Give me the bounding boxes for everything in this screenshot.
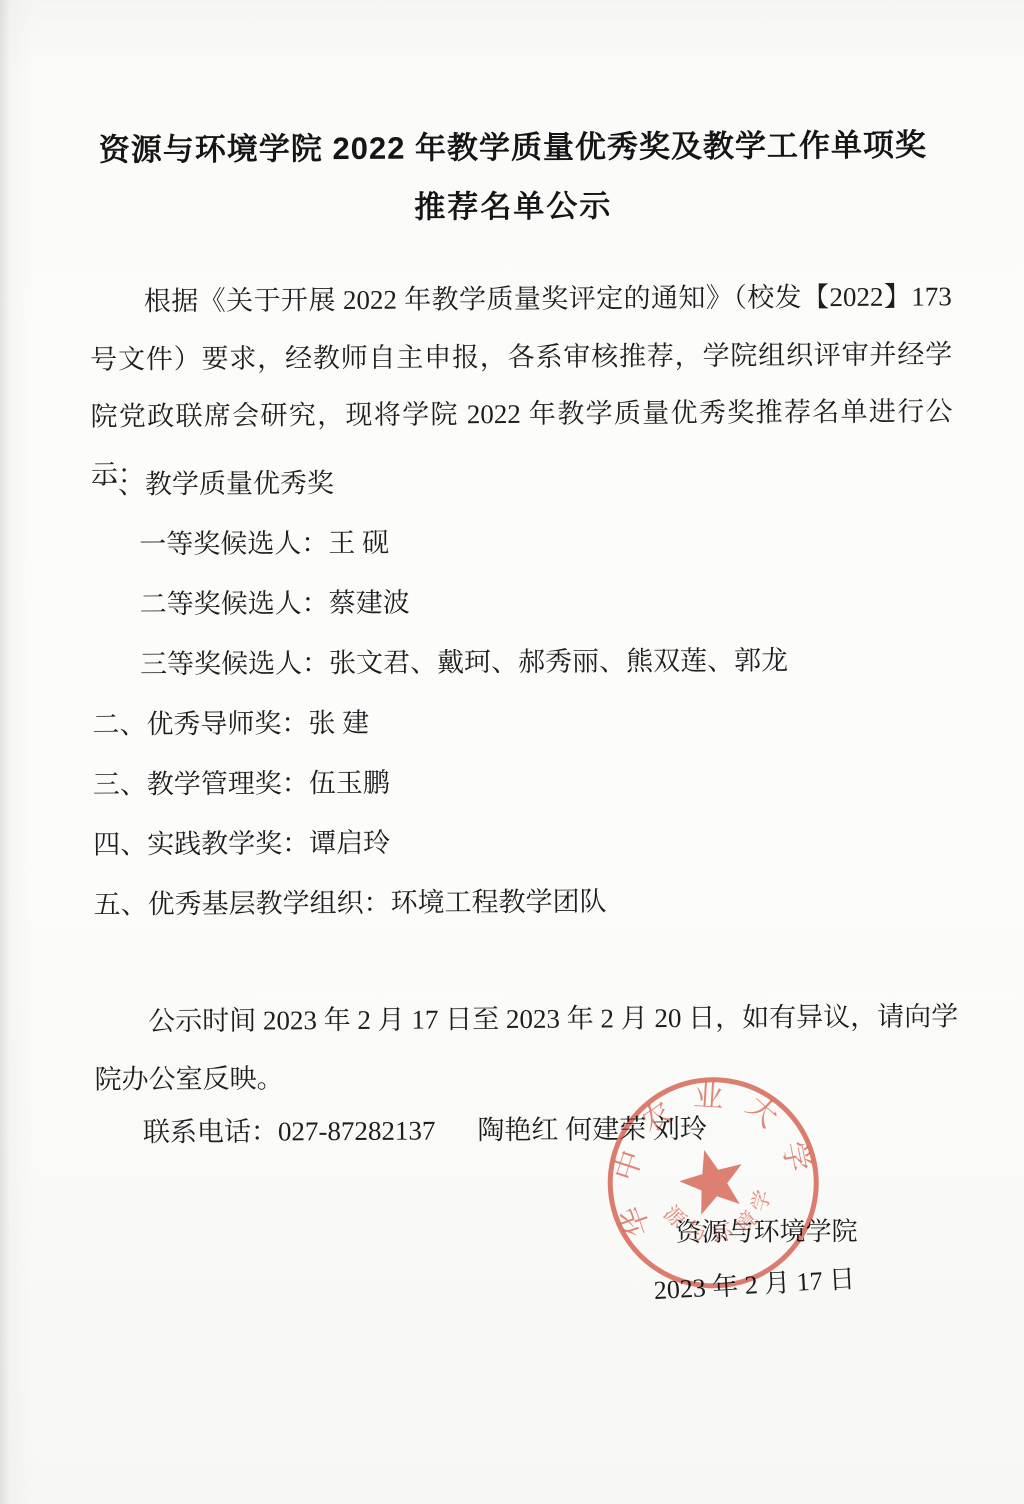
signature-org: 资源与环境学院 xyxy=(675,1217,857,1248)
contact-line: 联系电话：027-87282137陶艳红 何建荣 刘玲 xyxy=(143,1113,707,1148)
signature-date: 2023 年 2 月 17 日 xyxy=(653,1264,856,1306)
award-section-5: 五、优秀基层教学组织：环境工程教学团队 xyxy=(93,869,973,934)
page-title: 资源与环境学院 2022 年教学质量优秀奖及教学工作单项奖 xyxy=(1,119,1024,170)
document-content: 资源与环境学院 2022 年教学质量优秀奖及教学工作单项奖 推荐名单公示 根据《… xyxy=(0,0,1024,1504)
contact-phone: 联系电话：027-87282137 xyxy=(143,1115,436,1147)
award-section-3: 三、教学管理奖：伍玉鹏 xyxy=(93,749,973,814)
scanned-document-page: 资源与环境学院 2022 年教学质量优秀奖及教学工作单项奖 推荐名单公示 根据《… xyxy=(0,0,1024,1504)
award-section-1: 一、教学质量优秀奖 xyxy=(91,449,971,514)
award-list: 一、教学质量优秀奖 一等奖候选人：王 砚 二等奖候选人：蔡建波 三等奖候选人：张… xyxy=(91,449,974,934)
award-first-prize: 一等奖候选人：王 砚 xyxy=(91,509,971,574)
award-second-prize: 二等奖候选人：蔡建波 xyxy=(92,569,972,634)
page-subtitle: 推荐名单公示 xyxy=(1,178,1024,229)
contact-names: 陶艳红 何建荣 刘玲 xyxy=(477,1114,707,1145)
closing-paragraph: 公示时间 2023 年 2 月 17 日至 2023 年 2 月 20 日，如有… xyxy=(94,987,959,1108)
award-section-2: 二、优秀导师奖：张 建 xyxy=(92,689,972,754)
award-third-prize: 三等奖候选人：张文君、戴珂、郝秀丽、熊双莲、郭龙 xyxy=(92,629,972,694)
stamp-top-arc-path xyxy=(620,1089,795,1233)
award-section-4: 四、实践教学奖：谭启玲 xyxy=(93,809,973,874)
stamp-star-icon xyxy=(673,1141,752,1217)
